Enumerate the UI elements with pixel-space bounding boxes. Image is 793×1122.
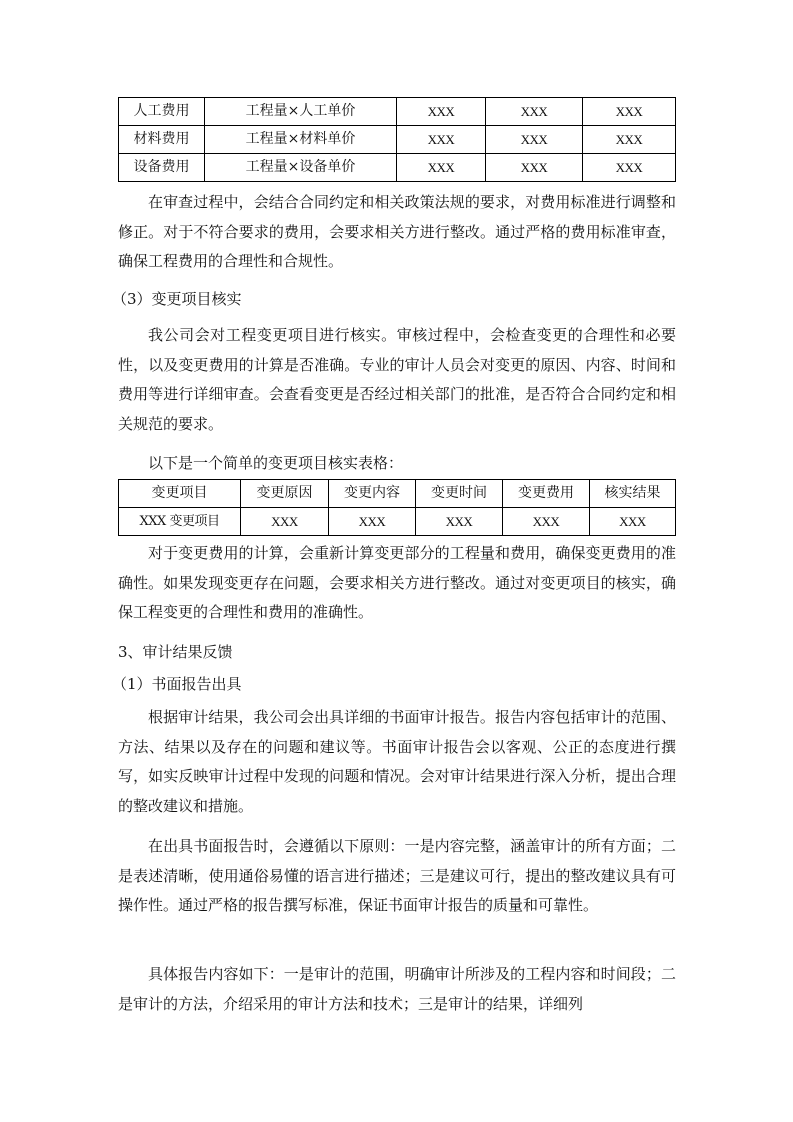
table-cell: 工程量×设备单价 bbox=[205, 154, 397, 182]
table-cell: XXX bbox=[590, 508, 676, 536]
paragraph: 我公司会对工程变更项目进行核实。审核过程中，会检查变更的合理性和必要性，以及变更… bbox=[118, 321, 676, 439]
change-verification-table: 变更项目 变更原因 变更内容 变更时间 变更费用 核实结果 XXX 变更项目 X… bbox=[118, 479, 676, 536]
table-cell: XXX bbox=[583, 126, 676, 154]
table-cell: XXX bbox=[486, 154, 583, 182]
table-row: 设备费用 工程量×设备单价 XXX XXX XXX bbox=[119, 154, 676, 182]
table-cell: 工程量×材料单价 bbox=[205, 126, 397, 154]
column-header: 变更原因 bbox=[241, 480, 329, 508]
subheading: （3）变更项目核实 bbox=[112, 287, 242, 311]
paragraph: 在审查过程中，会结合合同约定和相关政策法规的要求，对费用标准进行调整和修正。对于… bbox=[118, 188, 676, 277]
paragraph: 在出具书面报告时，会遵循以下原则：一是内容完整，涵盖审计的所有方面；二是表述清晰… bbox=[118, 832, 676, 921]
table-cell: XXX bbox=[583, 154, 676, 182]
table-row: 材料费用 工程量×材料单价 XXX XXX XXX bbox=[119, 126, 676, 154]
table-cell: XXX bbox=[397, 98, 486, 126]
table-cell: XXX bbox=[416, 508, 503, 536]
paragraph: 根据审计结果，我公司会出具详细的书面审计报告。报告内容包括审计的范围、方法、结果… bbox=[118, 703, 676, 821]
table-cell: XXX bbox=[486, 98, 583, 126]
table-cell: XXX bbox=[241, 508, 329, 536]
table-cell: XXX bbox=[583, 98, 676, 126]
table-cell: 人工费用 bbox=[119, 98, 205, 126]
table-cell: XXX bbox=[397, 126, 486, 154]
paragraph: 对于变更费用的计算，会重新计算变更部分的工程量和费用，确保变更费用的准确性。如果… bbox=[118, 539, 676, 628]
table-header-row: 变更项目 变更原因 变更内容 变更时间 变更费用 核实结果 bbox=[119, 480, 676, 508]
table-cell: 设备费用 bbox=[119, 154, 205, 182]
table-row: 人工费用 工程量×人工单价 XXX XXX XXX bbox=[119, 98, 676, 126]
column-header: 变更项目 bbox=[119, 480, 241, 508]
cost-table: 人工费用 工程量×人工单价 XXX XXX XXX 材料费用 工程量×材料单价 … bbox=[118, 97, 676, 182]
table-cell: XXX bbox=[329, 508, 416, 536]
paragraph: 具体报告内容如下：一是审计的范围，明确审计所涉及的工程内容和时间段；二是审计的方… bbox=[118, 960, 676, 1019]
section-heading: 3、审计结果反馈 bbox=[118, 640, 233, 664]
column-header: 变更时间 bbox=[416, 480, 503, 508]
table-cell: XXX bbox=[397, 154, 486, 182]
column-header: 变更内容 bbox=[329, 480, 416, 508]
table-cell: XXX bbox=[503, 508, 590, 536]
document-page: 人工费用 工程量×人工单价 XXX XXX XXX 材料费用 工程量×材料单价 … bbox=[0, 0, 793, 1122]
paragraph: 以下是一个简单的变更项目核实表格： bbox=[118, 449, 676, 479]
table-row: XXX 变更项目 XXX XXX XXX XXX XXX bbox=[119, 508, 676, 536]
column-header: 核实结果 bbox=[590, 480, 676, 508]
table-cell: 工程量×人工单价 bbox=[205, 98, 397, 126]
subheading: （1）书面报告出具 bbox=[112, 672, 242, 696]
table-cell: XXX 变更项目 bbox=[119, 508, 241, 536]
table-cell: 材料费用 bbox=[119, 126, 205, 154]
table-cell: XXX bbox=[486, 126, 583, 154]
column-header: 变更费用 bbox=[503, 480, 590, 508]
